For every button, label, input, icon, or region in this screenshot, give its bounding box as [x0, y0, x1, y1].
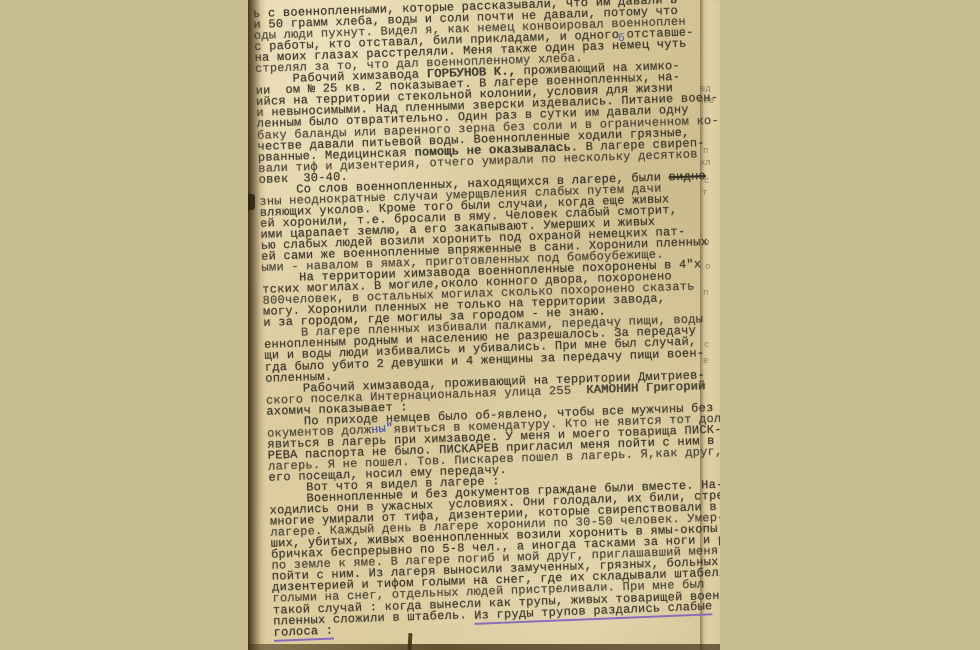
page-fragment: о — [705, 262, 710, 272]
page-fragment: с — [704, 176, 709, 186]
page-fragment: е — [703, 356, 708, 366]
underlined-passage: голоса : — [273, 625, 333, 641]
page-fragment: п — [703, 146, 708, 156]
page-fragment: м — [704, 238, 709, 248]
page-fragment: с — [704, 340, 709, 350]
scanned-document-view: ь с военнопленными, которые рассказывали… — [0, 0, 980, 650]
scanned-page: ь с военнопленными, которые рассказывали… — [248, 0, 720, 650]
page-fragment: хл — [700, 158, 711, 168]
page-fragment: ед — [700, 84, 711, 94]
bottom-edge-mark — [408, 633, 413, 650]
left-edge-notch — [248, 194, 255, 210]
page-fragment: п — [703, 288, 708, 298]
typewritten-text-block: ь с военнопленными, которые рассказывали… — [253, 0, 720, 638]
page-fragment: нив — [698, 96, 714, 106]
page-fragment: т — [701, 382, 706, 392]
ink-correction: б — [618, 33, 625, 45]
page-fragment: т — [702, 188, 707, 198]
